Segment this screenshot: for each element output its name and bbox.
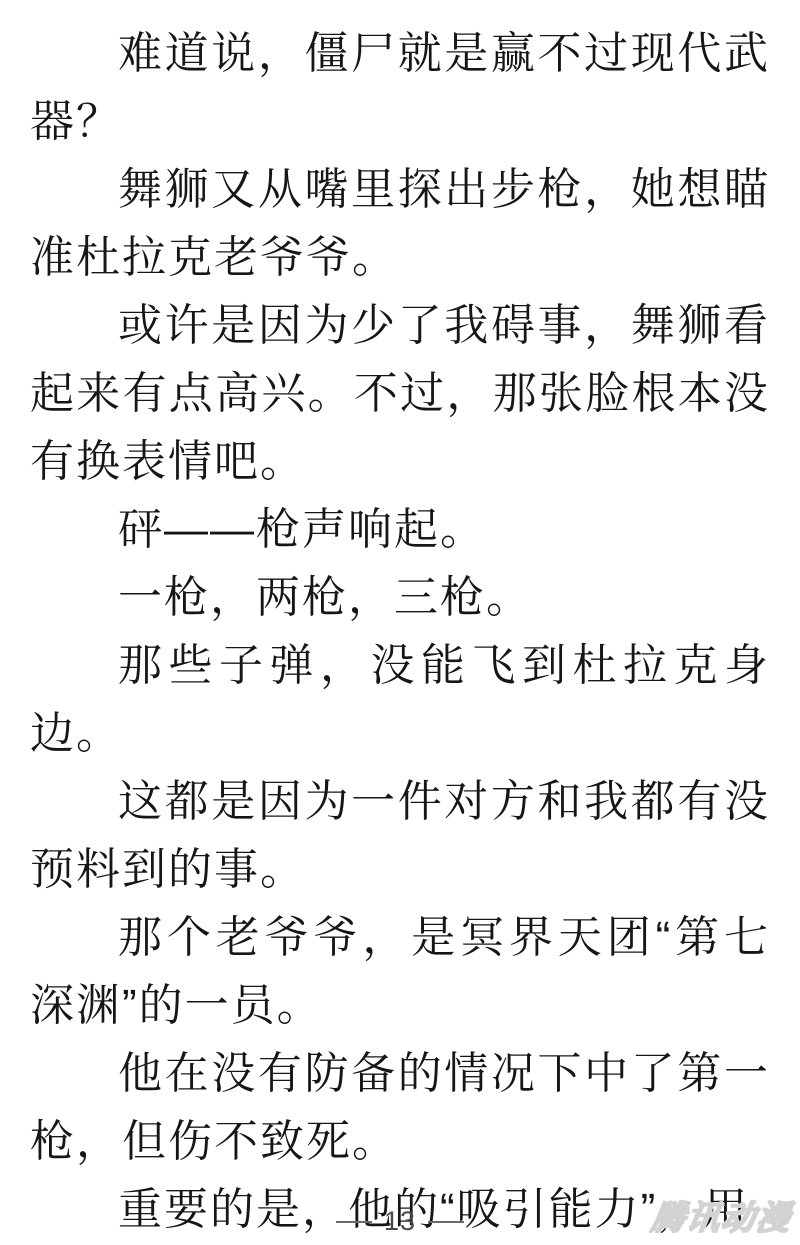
footer-dash-right <box>428 1221 464 1223</box>
paragraph: 那个老爷爷，是冥界天团“第七深渊”的一员。 <box>30 904 770 1040</box>
paragraph: 这都是因为一件对方和我都有没预料到的事。 <box>30 768 770 904</box>
page-number: 13 <box>384 1206 416 1237</box>
reader-page: 难道说，僵尸就是赢不过现代武器？ 舞狮又从嘴里探出步枪，她想瞄准杜拉克老爷爷。 … <box>0 0 800 1245</box>
footer-dash-left <box>336 1221 372 1223</box>
paragraph: 砰——枪声响起。 <box>30 496 770 564</box>
tencent-comics-watermark: 腾讯动漫 <box>649 1192 796 1239</box>
paragraph: 或许是因为少了我碍事，舞狮看起来有点高兴。不过，那张脸根本没有换表情吧。 <box>30 292 770 496</box>
paragraph: 舞狮又从嘴里探出步枪，她想瞄准杜拉克老爷爷。 <box>30 156 770 292</box>
paragraph: 难道说，僵尸就是赢不过现代武器？ <box>30 20 770 156</box>
page-text: 难道说，僵尸就是赢不过现代武器？ 舞狮又从嘴里探出步枪，她想瞄准杜拉克老爷爷。 … <box>0 0 800 1244</box>
paragraph: 那些子弹，没能飞到杜拉克身边。 <box>30 632 770 768</box>
paragraph: 一枪，两枪，三枪。 <box>30 564 770 632</box>
paragraph: 他在没有防备的情况下中了第一枪，但伤不致死。 <box>30 1040 770 1176</box>
